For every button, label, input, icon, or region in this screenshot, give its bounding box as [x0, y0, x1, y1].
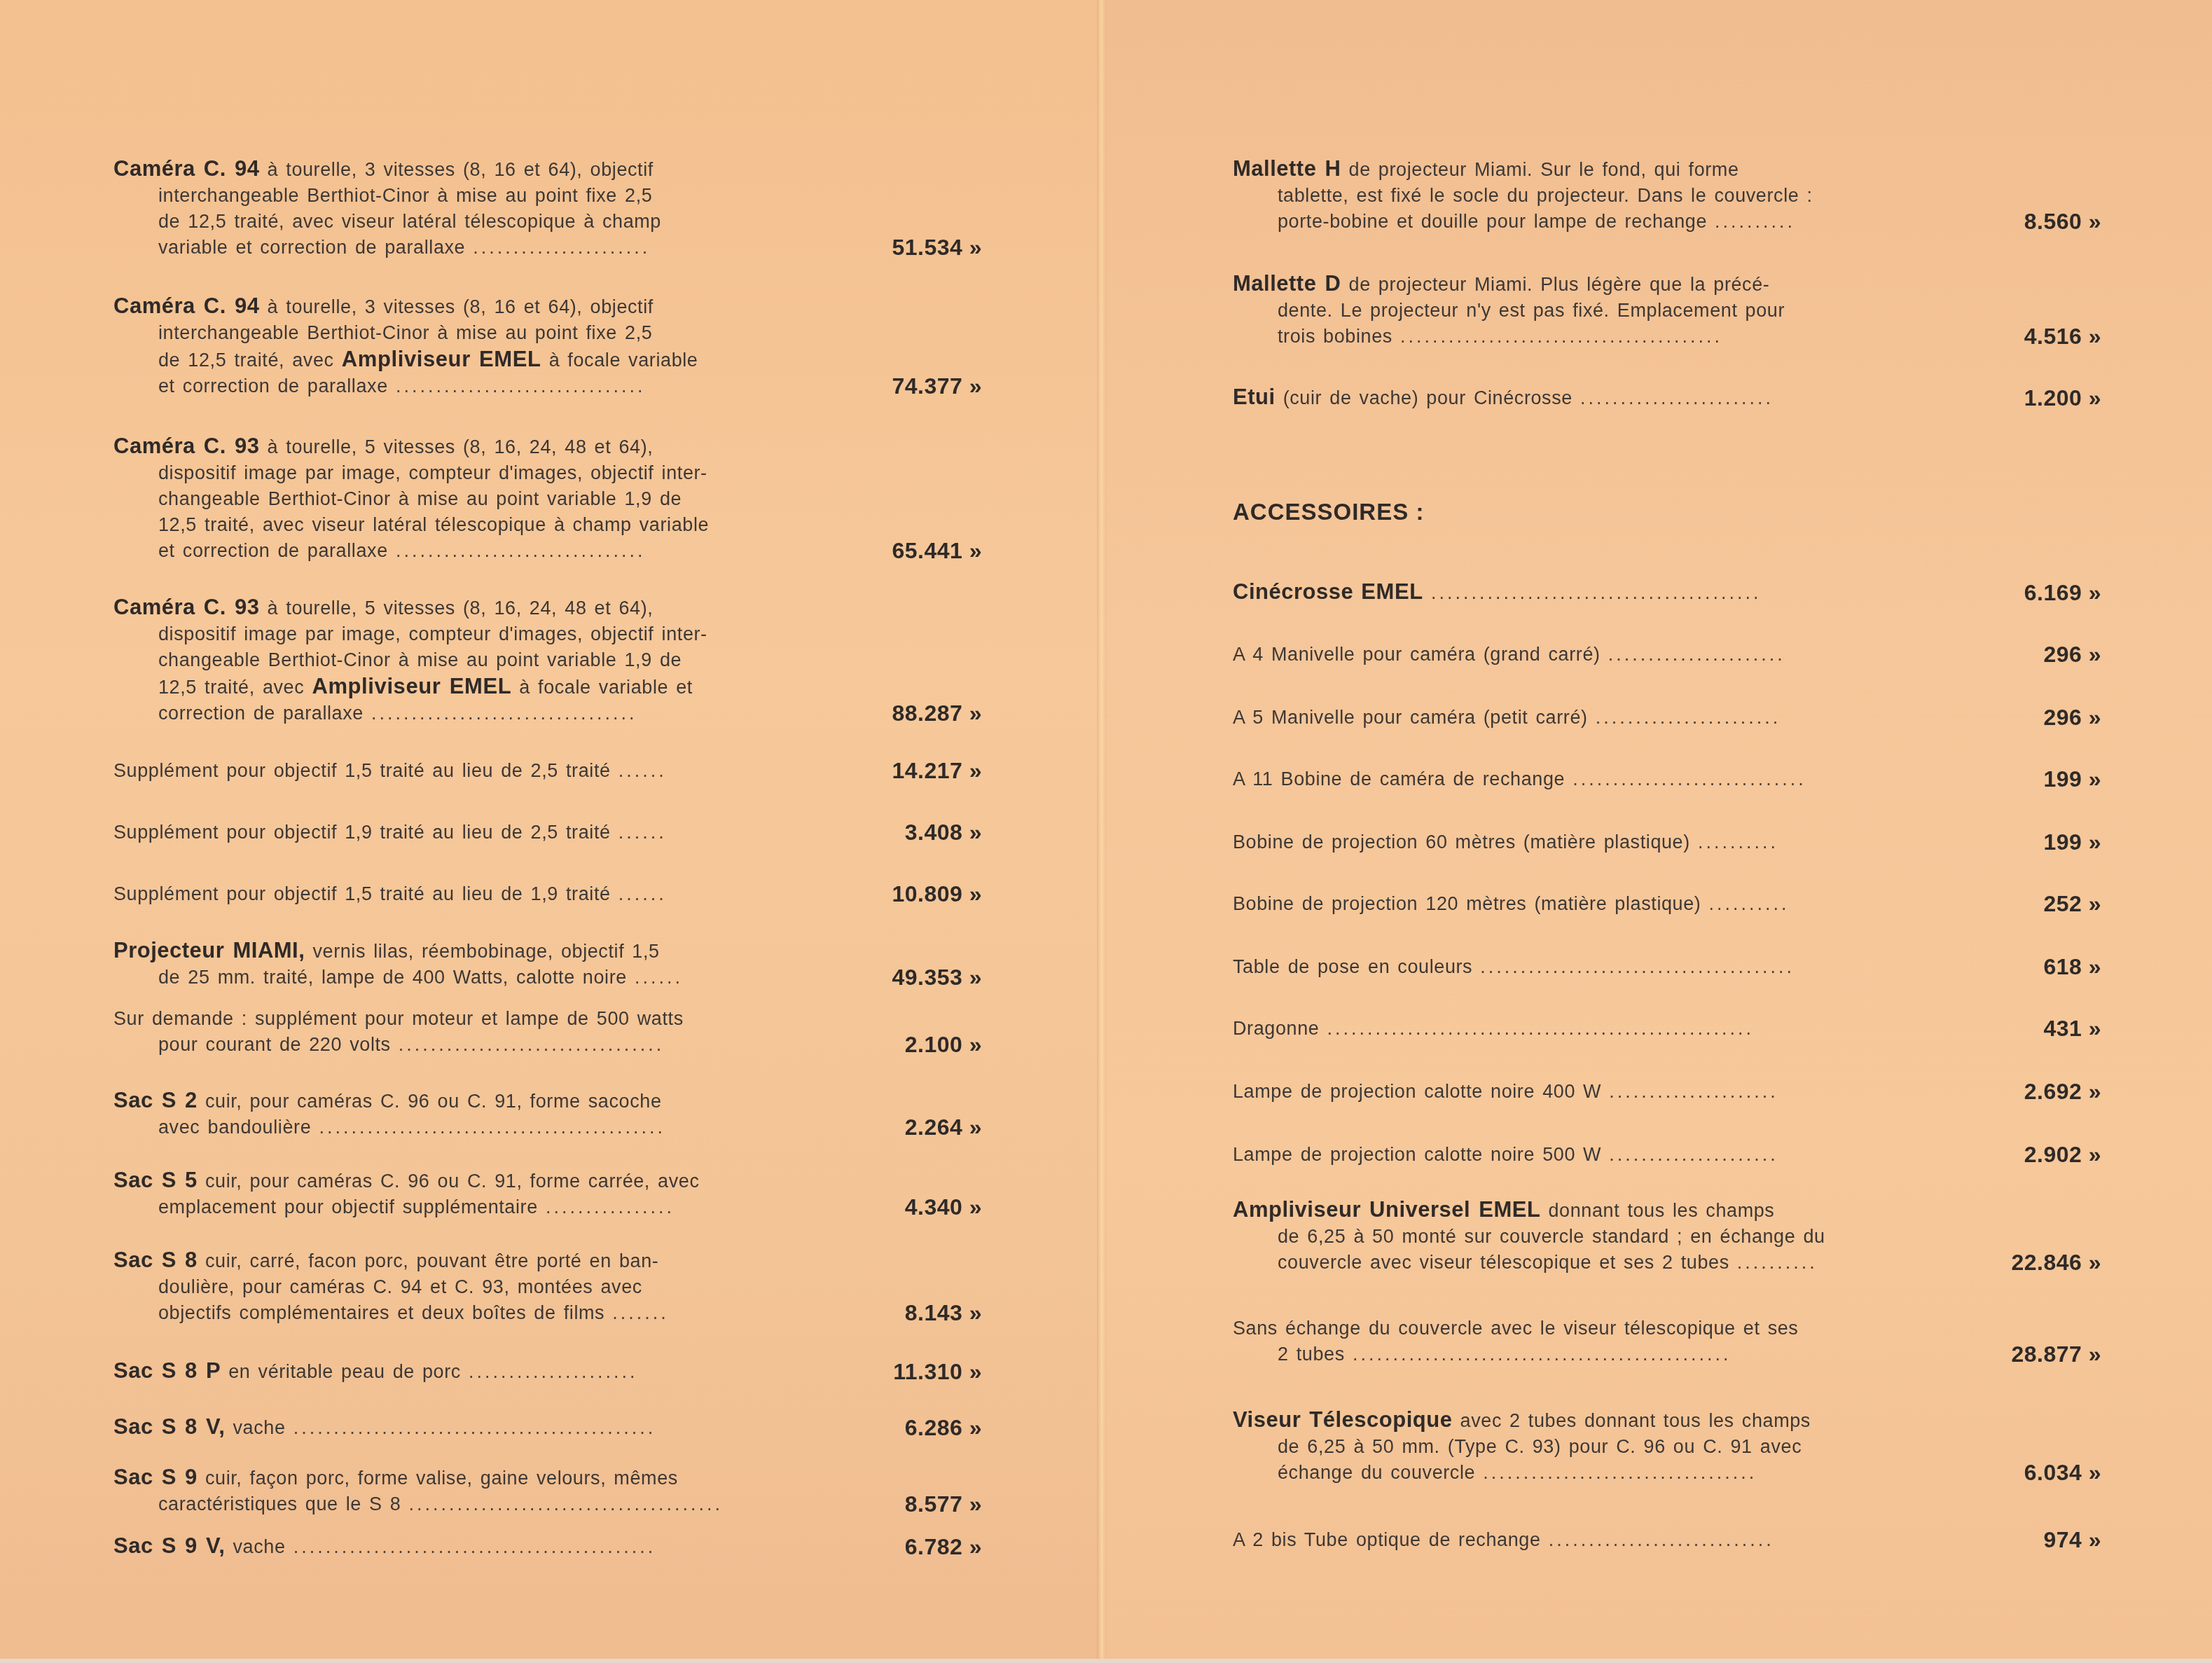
price: 4.340 » [842, 1194, 982, 1220]
entry-text: doulière, pour caméras C. 94 et C. 93, m… [113, 1274, 822, 1300]
price-entry-table-de-pose: Table de pose en couleurs ..............… [1233, 954, 2101, 980]
leader-dots: ................ [546, 1196, 675, 1217]
entry-text: 2 tubes [1278, 1344, 1345, 1365]
entry-text: cuir, pour caméras C. 96 ou C. 91, forme… [205, 1091, 662, 1112]
entry-text: vache [233, 1536, 285, 1557]
entry-text: Supplément pour objectif 1,5 traité au l… [113, 760, 611, 781]
entry-text: de 25 mm. traité, lampe de 400 Watts, ca… [158, 967, 627, 988]
price: 2.264 » [842, 1115, 982, 1140]
leader-dots: ...................... [473, 237, 650, 258]
entry-text: vache [233, 1417, 285, 1438]
entry-text: porte-bobine et douille pour lampe de re… [1278, 211, 1707, 232]
leader-dots: ...... [618, 760, 667, 781]
price-entry-lampe-500w: Lampe de projection calotte noire 500 W … [1233, 1142, 2101, 1168]
price-entry-supplement-1-9-vs-2-5: Supplément pour objectif 1,9 traité au l… [113, 820, 982, 846]
price: 3.408 » [842, 820, 982, 846]
price: 10.809 » [842, 881, 982, 907]
entry-text: de 6,25 à 50 mm. (Type C. 93) pour C. 96… [1233, 1434, 1942, 1460]
leader-dots: ................................. [399, 1034, 665, 1055]
price: 431 » [1961, 1016, 2101, 1042]
price-entry-a4-manivelle: A 4 Manivelle pour caméra (grand carré) … [1233, 642, 2101, 668]
entry-text: objectifs complémentaires et deux boîtes… [158, 1302, 604, 1323]
entry-text: A 2 bis Tube optique de rechange [1233, 1529, 1541, 1550]
price-entry-a5-manivelle: A 5 Manivelle pour caméra (petit carré) … [1233, 705, 2101, 731]
section-title-accessoires: ACCESSOIRES : [1233, 499, 1424, 525]
price: 6.034 » [1961, 1460, 2101, 1486]
leader-dots: ..................... [469, 1361, 638, 1382]
entry-text: Sur demande : supplément pour moteur et … [113, 1008, 684, 1029]
price: 51.534 » [842, 235, 982, 261]
price-entry-sac-s8v: Sac S 8 V, vache .......................… [113, 1414, 982, 1441]
leader-dots: ...................... [1608, 644, 1785, 665]
price: 22.846 » [1961, 1250, 2101, 1276]
entry-text: vernis lilas, réembobinage, objectif 1,5 [312, 941, 659, 962]
entry-text: à tourelle, 5 vitesses (8, 16, 24, 48 et… [268, 598, 654, 619]
entry-text: de 12,5 traité, avec viseur latéral téle… [113, 209, 822, 235]
entry-text: Table de pose en couleurs [1233, 956, 1472, 977]
price: 296 » [1961, 705, 2101, 731]
price-entry-camera-c94: Caméra C. 94 à tourelle, 3 vitesses (8, … [113, 156, 982, 261]
leader-dots: ....................... [1596, 707, 1781, 728]
entry-text: pour courant de 220 volts [158, 1034, 391, 1055]
entry-text: A 5 Manivelle pour caméra (petit carré) [1233, 707, 1588, 728]
price: 4.516 » [1961, 324, 2101, 350]
leader-dots: ........................................ [1400, 326, 1722, 347]
entry-title: Sac S 9 V, [113, 1533, 225, 1558]
entry-text: dispositif image par image, compteur d'i… [113, 460, 822, 486]
entry-text: en véritable peau de porc [228, 1361, 461, 1382]
price-entry-supplement-moteur: Sur demande : supplément pour moteur et … [113, 1006, 982, 1058]
leader-dots: ..................... [1609, 1081, 1778, 1102]
price-entry-lampe-400w: Lampe de projection calotte noire 400 W … [1233, 1079, 2101, 1105]
entry-text: échange du couvercle [1278, 1462, 1475, 1483]
entry-text: Dragonne [1233, 1018, 1319, 1039]
price-entry-ampliviseur-universel: Ampliviseur Universel EMEL donnant tous … [1233, 1196, 2101, 1276]
entry-text: à focale variable [549, 350, 698, 371]
entry-text: de 6,25 à 50 monté sur couvercle standar… [1233, 1224, 1942, 1250]
price: 199 » [1961, 766, 2101, 792]
entry-text: avec bandoulière [158, 1117, 311, 1138]
entry-text: cuir, pour caméras C. 96 ou C. 91, forme… [205, 1171, 700, 1192]
leader-dots: ............................. [1572, 768, 1806, 789]
entry-title: Sac S 9 [113, 1465, 198, 1489]
entry-title: Sac S 8 V, [113, 1414, 225, 1439]
product-name-emphasis: Ampliviseur EMEL [312, 674, 511, 698]
entry-text: de projecteur Miami. Sur le fond, qui fo… [1349, 159, 1739, 180]
leader-dots: ........................................… [1327, 1018, 1755, 1039]
entry-text: avec 2 tubes donnant tous les champs [1460, 1410, 1811, 1431]
entry-text: changeable Berthiot-Cinor à mise au poin… [113, 486, 822, 512]
entry-text: et correction de parallaxe [158, 540, 388, 561]
entry-text: couvercle avec viseur télescopique et se… [1278, 1252, 1729, 1273]
price-entry-viseur-telescopique: Viseur Télescopique avec 2 tubes donnant… [1233, 1407, 2101, 1486]
price: 65.441 » [842, 538, 982, 564]
page-bottom-edge [0, 1659, 2212, 1663]
entry-text: cuir, façon porc, forme valise, gaine ve… [205, 1468, 678, 1489]
price: 74.377 » [842, 373, 982, 399]
left-page: Caméra C. 94 à tourelle, 3 vitesses (8, … [0, 0, 1101, 1663]
price: 974 » [1961, 1527, 2101, 1553]
leader-dots: ....... [612, 1302, 669, 1323]
price-entry-sac-s8: Sac S 8 cuir, carré, facon porc, pouvant… [113, 1247, 982, 1326]
price-entry-sac-s8p: Sac S 8 P en véritable peau de porc ....… [113, 1358, 982, 1385]
price-entry-supplement-1-5-vs-1-9: Supplément pour objectif 1,5 traité au l… [113, 881, 982, 907]
entry-text: Bobine de projection 60 mètres (matière … [1233, 831, 1690, 853]
price: 11.310 » [842, 1359, 982, 1385]
entry-text: de 12,5 traité, avec [158, 350, 334, 371]
leader-dots: ........................................… [319, 1117, 665, 1138]
entry-title: Mallette H [1233, 156, 1341, 181]
price: 6.169 » [1961, 580, 2101, 606]
entry-text: dente. Le projecteur n'y est pas fixé. E… [1233, 298, 1942, 324]
entry-title: Caméra C. 94 [113, 294, 259, 318]
price-entry-bobine-60m: Bobine de projection 60 mètres (matière … [1233, 829, 2101, 855]
leader-dots: ........................ [1580, 387, 1774, 408]
entry-text: A 11 Bobine de caméra de rechange [1233, 768, 1565, 789]
leader-dots: ........................................… [1353, 1344, 1731, 1365]
price: 14.217 » [842, 758, 982, 784]
price-entry-camera-c94-ampliviseur: Caméra C. 94 à tourelle, 3 vitesses (8, … [113, 293, 982, 399]
entry-text: (cuir de vache) pour Cinécrosse [1283, 387, 1572, 408]
entry-text: à tourelle, 3 vitesses (8, 16 et 64), ob… [268, 159, 654, 180]
center-fold [1097, 0, 1107, 1663]
entry-text: Supplément pour objectif 1,5 traité au l… [113, 883, 611, 904]
leader-dots: .......... [1715, 211, 1795, 232]
entry-title: Etui [1233, 385, 1276, 409]
price-entry-camera-c93-ampliviseur: Caméra C. 93 à tourelle, 5 vitesses (8, … [113, 594, 982, 726]
price-entry-sac-s2: Sac S 2 cuir, pour caméras C. 96 ou C. 9… [113, 1087, 982, 1140]
price-entry-a2-bis-tube: A 2 bis Tube optique de rechange .......… [1233, 1527, 2101, 1553]
entry-text: de projecteur Miami. Plus légère que la … [1349, 274, 1770, 295]
price: 49.353 » [842, 965, 982, 991]
leader-dots: ............................... [396, 540, 646, 561]
price: 8.560 » [1961, 209, 2101, 235]
price-entry-a11-bobine: A 11 Bobine de caméra de rechange ......… [1233, 766, 2101, 792]
price: 6.286 » [842, 1415, 982, 1441]
leader-dots: ...... [618, 822, 667, 843]
entry-text: interchangeable Berthiot-Cinor à mise au… [113, 320, 822, 346]
leader-dots: .......... [1698, 831, 1778, 853]
entry-title: Ampliviseur Universel EMEL [1233, 1197, 1540, 1222]
price: 252 » [1961, 891, 2101, 917]
entry-text: Supplément pour objectif 1,9 traité au l… [113, 822, 611, 843]
price-entry-camera-c93: Caméra C. 93 à tourelle, 5 vitesses (8, … [113, 433, 982, 564]
entry-text: emplacement pour objectif supplémentaire [158, 1196, 538, 1217]
price-entry-mallette-d: Mallette D de projecteur Miami. Plus lég… [1233, 270, 2101, 350]
price: 88.287 » [842, 701, 982, 726]
price-entry-sac-s5: Sac S 5 cuir, pour caméras C. 96 ou C. 9… [113, 1167, 982, 1220]
price-entry-sac-s9: Sac S 9 cuir, façon porc, forme valise, … [113, 1464, 982, 1517]
entry-text: interchangeable Berthiot-Cinor à mise au… [113, 183, 822, 209]
price-entry-sac-s9v: Sac S 9 V, vache .......................… [113, 1533, 982, 1560]
price: 1.200 » [1961, 385, 2101, 411]
entry-title: Sac S 8 P [113, 1358, 221, 1383]
entry-text: Bobine de projection 120 mètres (matière… [1233, 893, 1701, 914]
entry-title: Caméra C. 93 [113, 595, 259, 619]
entry-text: à tourelle, 5 vitesses (8, 16, 24, 48 et… [268, 436, 654, 457]
product-name-emphasis: EMEL [1361, 579, 1423, 604]
price-entry-etui: Etui (cuir de vache) pour Cinécrosse ...… [1233, 384, 2101, 411]
price-entry-cinecrosse: Cinécrosse EMEL ........................… [1233, 579, 2101, 606]
right-page: Mallette H de projecteur Miami. Sur le f… [1101, 0, 2212, 1663]
leader-dots: ....................................... [1480, 956, 1795, 977]
entry-text: donnant tous les champs [1548, 1200, 1774, 1221]
price: 8.143 » [842, 1300, 982, 1326]
leader-dots: ................................. [371, 703, 637, 724]
entry-title: Viseur Télescopique [1233, 1407, 1452, 1432]
price: 199 » [1961, 829, 2101, 855]
entry-title: Sac S 2 [113, 1088, 198, 1112]
price: 2.100 » [842, 1032, 982, 1058]
price: 2.692 » [1961, 1079, 2101, 1105]
price-entry-supplement-1-5-vs-2-5: Supplément pour objectif 1,5 traité au l… [113, 758, 982, 784]
entry-text: 12,5 traité, avec [158, 677, 304, 698]
entry-text: Lampe de projection calotte noire 500 W [1233, 1144, 1601, 1165]
leader-dots: ........................................… [293, 1536, 656, 1557]
leader-dots: ...... [635, 967, 683, 988]
price-entry-bobine-120m: Bobine de projection 120 mètres (matière… [1233, 891, 2101, 917]
entry-text: A 4 Manivelle pour caméra (grand carré) [1233, 644, 1601, 665]
leader-dots: .................................. [1483, 1462, 1757, 1483]
entry-text: et correction de parallaxe [158, 375, 388, 396]
leader-dots: ........................................… [293, 1417, 656, 1438]
price-entry-dragonne: Dragonne ...............................… [1233, 1016, 2101, 1042]
price-entry-mallette-h: Mallette H de projecteur Miami. Sur le f… [1233, 156, 2101, 235]
entry-title: Projecteur MIAMI, [113, 938, 305, 962]
price: 2.902 » [1961, 1142, 2101, 1168]
entry-text: Lampe de projection calotte noire 400 W [1233, 1081, 1601, 1102]
entry-text: trois bobines [1278, 326, 1392, 347]
entry-text: à tourelle, 3 vitesses (8, 16 et 64), ob… [268, 296, 654, 317]
entry-text: changeable Berthiot-Cinor à mise au poin… [113, 647, 822, 673]
entry-text: variable et correction de parallaxe [158, 237, 465, 258]
entry-text: 12,5 traité, avec viseur latéral télesco… [113, 512, 822, 538]
entry-text: caractéristiques que le S 8 [158, 1493, 401, 1514]
price: 618 » [1961, 954, 2101, 980]
leader-dots: .......... [1709, 893, 1790, 914]
entry-text: correction de parallaxe [158, 703, 364, 724]
price: 296 » [1961, 642, 2101, 668]
price: 6.782 » [842, 1534, 982, 1560]
price: 28.877 » [1961, 1341, 2101, 1367]
price-entry-sans-echange: Sans échange du couvercle avec le viseur… [1233, 1316, 2101, 1367]
leader-dots: .......... [1737, 1252, 1818, 1273]
entry-text: tablette, est fixé le socle du projecteu… [1233, 183, 1942, 209]
price-entry-projecteur-miami: Projecteur MIAMI, vernis lilas, réembobi… [113, 937, 982, 991]
entry-title: Sac S 5 [113, 1168, 198, 1192]
entry-text: dispositif image par image, compteur d'i… [113, 621, 822, 647]
product-name-emphasis: Ampliviseur EMEL [342, 347, 541, 371]
entry-title: Mallette D [1233, 271, 1341, 296]
leader-dots: ............................ [1549, 1529, 1774, 1550]
entry-title: Caméra C. 93 [113, 434, 259, 458]
entry-text: Sans échange du couvercle avec le viseur… [1233, 1318, 1798, 1339]
price: 8.577 » [842, 1491, 982, 1517]
leader-dots: ...... [618, 883, 667, 904]
leader-dots: ..................... [1609, 1144, 1778, 1165]
leader-dots: ....................................... [408, 1493, 723, 1514]
entry-text: à focale variable et [519, 677, 693, 698]
entry-title: Sac S 8 [113, 1248, 198, 1272]
entry-title: Cinécrosse [1233, 579, 1353, 604]
leader-dots: ........................................… [1431, 582, 1762, 603]
leader-dots: ............................... [396, 375, 646, 396]
entry-text: cuir, carré, facon porc, pouvant être po… [205, 1250, 658, 1271]
entry-title: Caméra C. 94 [113, 156, 259, 181]
